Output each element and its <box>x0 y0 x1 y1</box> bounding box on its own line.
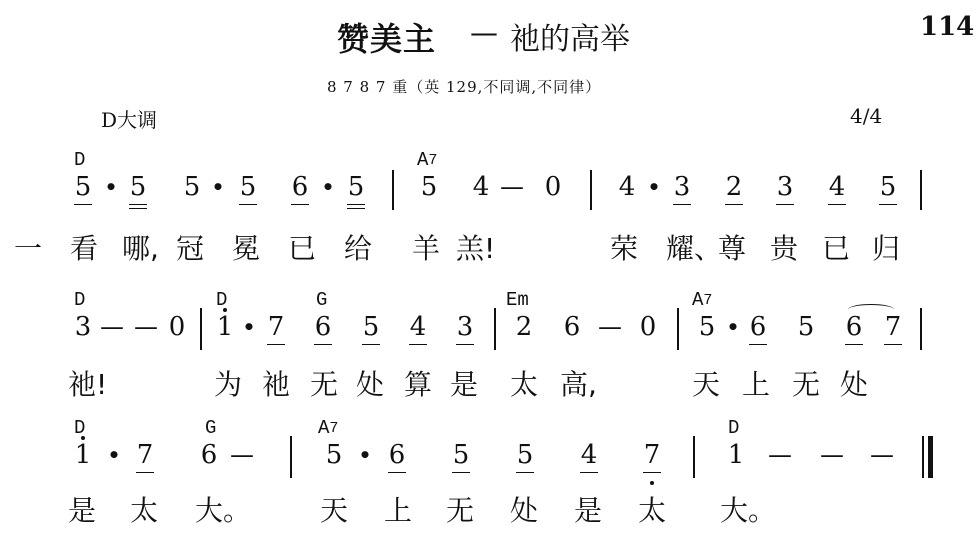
note: 6 <box>747 312 769 342</box>
note: 6 <box>561 312 583 342</box>
barline <box>693 436 695 478</box>
note: 6 <box>312 312 334 342</box>
lyric: 为 <box>214 368 242 402</box>
augmentation-dot: • <box>107 440 121 470</box>
note: 7 <box>882 312 904 342</box>
key-signature: D大调 <box>101 104 157 133</box>
lyric: 荣 <box>610 232 638 266</box>
final-barline-thick <box>928 436 933 478</box>
note: 3 <box>774 172 796 202</box>
lyric: 无 <box>446 494 474 528</box>
note: 4 <box>578 440 600 470</box>
barline <box>200 308 202 350</box>
chord-label: G <box>316 290 327 310</box>
lyric: 给 <box>344 232 372 266</box>
lyric: 贵 <box>770 232 798 266</box>
barline <box>677 308 679 350</box>
chord-label: Em <box>506 290 529 310</box>
lyric: 无 <box>310 368 338 402</box>
augmentation-dot: • <box>211 172 225 202</box>
note: 3 <box>671 172 693 202</box>
lyric: 是 <box>574 494 602 528</box>
barline <box>920 308 922 350</box>
time-signature: 4/4 <box>850 104 882 128</box>
augmentation-dot: • <box>104 172 118 202</box>
chord-label: D <box>216 290 227 310</box>
chord-label: D <box>728 418 739 438</box>
hold-dash: — <box>134 312 158 342</box>
note: 3 <box>72 312 94 342</box>
barline <box>590 170 592 210</box>
lyric: 看 <box>70 232 98 266</box>
note: 5 <box>237 172 259 202</box>
note: 4 <box>616 172 638 202</box>
hymn-title-main: 赞美主 <box>337 14 436 60</box>
barline <box>290 436 292 478</box>
lyric: 祂! <box>68 368 107 402</box>
hold-dash: — <box>230 440 254 470</box>
lyric: 上 <box>742 368 770 402</box>
note: 2 <box>723 172 745 202</box>
lyric: 太 <box>510 368 538 402</box>
augmentation-dot: • <box>358 440 372 470</box>
lyric: 天 <box>692 368 720 402</box>
lyric: 大。 <box>195 494 251 528</box>
lyric: 是 <box>68 494 96 528</box>
note-high-octave: 1 <box>214 312 236 342</box>
note: 1 <box>725 440 747 470</box>
lyric: 上 <box>384 494 412 528</box>
hold-dash: — <box>820 440 844 470</box>
lyric: 天 <box>320 494 348 528</box>
note: 5 <box>877 172 899 202</box>
note: 7 <box>134 440 156 470</box>
augmentation-dot: • <box>726 312 740 342</box>
note: 5 <box>181 172 203 202</box>
lyric: 处 <box>356 368 384 402</box>
note: 5 <box>418 172 440 202</box>
lyric: 归 <box>872 232 900 266</box>
page-number: 114 <box>920 12 974 42</box>
lyric: 太 <box>130 494 158 528</box>
lyric: 处 <box>510 494 538 528</box>
note: 0 <box>166 312 188 342</box>
note: 4 <box>407 312 429 342</box>
note: 5 <box>450 440 472 470</box>
lyric: 无 <box>792 368 820 402</box>
note: 4 <box>826 172 848 202</box>
lyric: 祂 <box>262 368 290 402</box>
lyric: 冠 <box>176 232 204 266</box>
note: 6 <box>198 440 220 470</box>
note: 5 <box>345 172 367 202</box>
augmentation-dot: • <box>321 172 335 202</box>
note: 7 <box>265 312 287 342</box>
chord-label: D <box>74 290 85 310</box>
note: 6 <box>289 172 311 202</box>
hold-dash: — <box>100 312 124 342</box>
note: 5 <box>323 440 345 470</box>
lyric: 处 <box>840 368 868 402</box>
note: 0 <box>542 172 564 202</box>
chord-label: A7 <box>417 150 437 172</box>
chord-label: D <box>74 150 85 170</box>
note: 3 <box>454 312 476 342</box>
note: 5 <box>795 312 817 342</box>
note: 5 <box>360 312 382 342</box>
title-separator: — <box>470 16 498 49</box>
note: 5 <box>696 312 718 342</box>
lyric: 大。 <box>720 494 776 528</box>
note: 5 <box>514 440 536 470</box>
augmentation-dot: • <box>242 312 256 342</box>
lyric: 羊 <box>412 232 440 266</box>
note-low-octave: 7 <box>641 440 663 470</box>
lyric: 尊 <box>718 232 746 266</box>
note: 4 <box>470 172 492 202</box>
hymn-title-sub: 祂的高举 <box>510 14 630 58</box>
lyric: 哪, <box>122 232 159 266</box>
meter-info: 8 7 8 7 重（英 129,不同调,不同律） <box>327 76 601 97</box>
note: 0 <box>637 312 659 342</box>
hold-dash: — <box>500 172 524 202</box>
lyric: 算 <box>404 368 432 402</box>
final-barline-thin <box>922 436 924 478</box>
lyric: 一 <box>14 232 42 266</box>
lyric: 已 <box>288 232 316 266</box>
lyric: 太 <box>638 494 666 528</box>
lyric: 已 <box>822 232 850 266</box>
barline <box>920 170 922 210</box>
chord-label: A7 <box>692 290 712 312</box>
note: 5 <box>72 172 94 202</box>
hold-dash: — <box>598 312 622 342</box>
lyric: 羔! <box>456 232 495 266</box>
lyric: 耀、 <box>666 232 722 266</box>
note: 6 <box>843 312 865 342</box>
note: 5 <box>127 172 149 202</box>
note: 2 <box>513 312 535 342</box>
barline <box>392 170 394 210</box>
augmentation-dot: • <box>647 172 661 202</box>
note: 6 <box>386 440 408 470</box>
chord-label: G <box>205 418 216 438</box>
note-high-octave: 1 <box>72 440 94 470</box>
lyric: 冕 <box>232 232 260 266</box>
chord-label: D <box>74 418 85 438</box>
lyric: 是 <box>450 368 478 402</box>
barline <box>494 308 496 350</box>
lyric: 高, <box>560 368 597 402</box>
hold-dash: — <box>870 440 894 470</box>
hold-dash: — <box>768 440 792 470</box>
chord-label: A7 <box>318 418 338 440</box>
